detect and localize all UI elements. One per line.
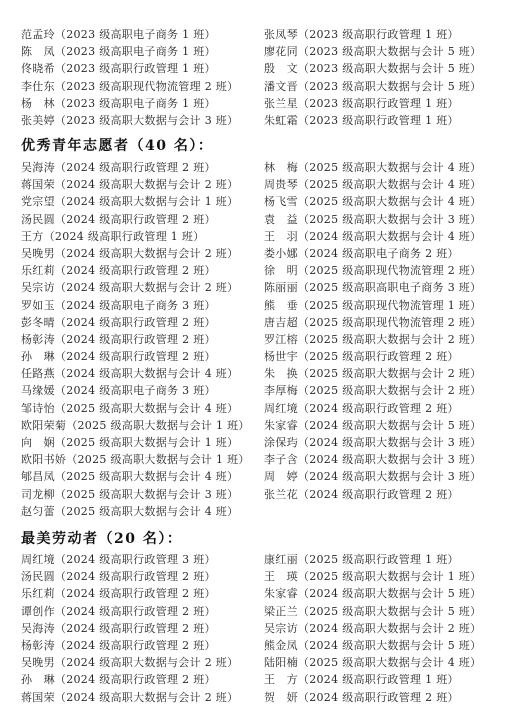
class-info: （2024 级高职行政管理 1 班） bbox=[298, 673, 459, 686]
person-name: 唐吉超 bbox=[264, 314, 298, 331]
list-item: 袁 益（2025 级高职大数据与会计 3 班） bbox=[264, 211, 481, 228]
class-info: （2024 级高职行政管理 2 班） bbox=[55, 333, 216, 346]
list-item: 杨彰涛（2024 级高职行政管理 2 班） bbox=[21, 331, 250, 348]
class-info: （2024 级高职电子商务 3 班） bbox=[55, 384, 216, 397]
person-name: 乐红莉 bbox=[21, 585, 55, 602]
class-info: （2025 级高职大数据与会计 2 班） bbox=[298, 333, 481, 346]
person-name: 周红境 bbox=[21, 551, 55, 568]
class-info: （2025 级高职大数据与会计 3 班） bbox=[298, 213, 481, 226]
person-name: 蒋国荣 bbox=[21, 689, 55, 706]
list-item: 王 羽（2024 级高职大数据与会计 4 班） bbox=[264, 228, 481, 245]
person-name: 吴宗访 bbox=[264, 620, 298, 637]
class-info: （2024 级高职行政管理 2 班） bbox=[55, 213, 216, 226]
person-name: 赵匀蕾 bbox=[21, 503, 55, 520]
person-name: 贺 妍 bbox=[264, 689, 298, 706]
list-item: 党宗望（2024 级高职大数据与会计 1 班） bbox=[21, 193, 250, 210]
list-item: 吴海涛（2024 级高职行政管理 2 班） bbox=[21, 159, 250, 176]
person-name: 杨飞雪 bbox=[264, 193, 298, 210]
list-item: 谭创作（2024 级高职行政管理 2 班） bbox=[21, 603, 238, 620]
person-name: 汤民圆 bbox=[21, 211, 55, 228]
person-name: 张兰星 bbox=[264, 95, 298, 112]
list-item: 罗如玉（2024 级高职电子商务 3 班） bbox=[21, 297, 250, 314]
class-info: （2025 级高职高职电子商务 3 班） bbox=[298, 281, 481, 294]
person-name: 梁正兰 bbox=[264, 603, 298, 620]
list-item: 乐红莉（2024 级高职行政管理 2 班） bbox=[21, 262, 250, 279]
list-item: 罗江榕（2025 级高职大数据与会计 2 班） bbox=[264, 331, 481, 348]
person-name: 范孟玲 bbox=[21, 26, 55, 43]
list-item: 唐吉超（2025 级高职现代物流管理 2 班） bbox=[264, 314, 481, 331]
list-item: 吴海涛（2024 级高职行政管理 2 班） bbox=[21, 620, 238, 637]
person-name: 向 娴 bbox=[21, 434, 55, 451]
person-name: 张凤琴 bbox=[264, 26, 298, 43]
list-item: 陈丽丽（2025 级高职高职电子商务 3 班） bbox=[264, 279, 481, 296]
class-info: （2025 级高职行政管理 2 班） bbox=[298, 350, 459, 363]
class-info: （2024 级高职行政管理 2 班） bbox=[55, 161, 216, 174]
class-info: （2024 级高职大数据与会计 2 班） bbox=[55, 656, 238, 669]
class-info: （2025 级高职现代物流管理 2 班） bbox=[298, 264, 481, 277]
person-name: 周贵琴 bbox=[264, 176, 298, 193]
person-name: 罗如玉 bbox=[21, 297, 55, 314]
right-column: 林 梅（2025 级高职大数据与会计 4 班）周贵琴（2025 级高职大数据与会… bbox=[264, 159, 481, 503]
person-name: 陆阳楠 bbox=[264, 654, 298, 671]
person-name: 党宗望 bbox=[21, 193, 55, 210]
person-name: 孙 琳 bbox=[21, 671, 55, 688]
list-item: 范孟玲（2023 级高职电子商务 1 班） bbox=[21, 26, 238, 43]
person-name: 殷 文 bbox=[264, 60, 298, 77]
class-info: （2025 级高职大数据与会计 4 班） bbox=[298, 178, 481, 191]
person-name: 朱 换 bbox=[264, 365, 298, 382]
person-name: 陈丽丽 bbox=[264, 279, 298, 296]
list-item: 熊 垂（2025 级高职现代物流管理 1 班） bbox=[264, 297, 481, 314]
person-name: 杨世宇 bbox=[264, 348, 298, 365]
class-info: （2024 级高职行政管理 2 班） bbox=[55, 639, 216, 652]
list-item: 周红境（2024 级高职行政管理 3 班） bbox=[21, 551, 238, 568]
class-info: （2024 级高职电子商务 2 班） bbox=[298, 247, 459, 260]
person-name: 周 婷 bbox=[264, 468, 298, 485]
person-name: 罗江榕 bbox=[264, 331, 298, 348]
class-info: （2025 级高职大数据与会计 3 班） bbox=[55, 488, 238, 501]
class-info: （2025 级高职大数据与会计 4 班） bbox=[298, 161, 481, 174]
class-info: （2025 级高职大数据与会计 2 班） bbox=[298, 384, 481, 397]
list-item: 吴晚男（2024 级高职大数据与会计 2 班） bbox=[21, 654, 238, 671]
class-info: （2024 级高职大数据与会计 3 班） bbox=[298, 470, 481, 483]
class-info: （2025 级高职大数据与会计 5 班） bbox=[298, 605, 481, 618]
list-item: 王 瑛（2025 级高职大数据与会计 1 班） bbox=[264, 568, 481, 585]
list-item: 吴晚男（2024 级高职大数据与会计 2 班） bbox=[21, 245, 250, 262]
list-item: 郇昌凤（2025 级高职大数据与会计 4 班） bbox=[21, 468, 250, 485]
class-info: （2025 级高职现代物流管理 2 班） bbox=[298, 316, 481, 329]
person-name: 陈 凤 bbox=[21, 43, 55, 60]
class-info: （2025 级高职大数据与会计 1 班） bbox=[66, 419, 249, 432]
person-name: 朱家睿 bbox=[264, 585, 298, 602]
class-info: （2024 级高职大数据与会计 5 班） bbox=[298, 419, 481, 432]
list-item: 王 方（2024 级高职行政管理 1 班） bbox=[264, 671, 481, 688]
person-name: 涂保玙 bbox=[264, 434, 298, 451]
class-info: （2025 级高职大数据与会计 4 班） bbox=[55, 402, 238, 415]
list-item: 孙 琳（2024 级高职行政管理 2 班） bbox=[21, 671, 238, 688]
person-name: 欧阳书娇 bbox=[21, 451, 66, 468]
class-info: （2024 级高职大数据与会计 5 班） bbox=[298, 639, 481, 652]
person-name: 马缘媛 bbox=[21, 382, 55, 399]
class-info: （2024 级高职大数据与会计 2 班） bbox=[298, 622, 481, 635]
person-name: 佟晓希 bbox=[21, 60, 55, 77]
list-item: 张兰花（2024 级高职行政管理 2 班） bbox=[264, 486, 481, 503]
list-item: 朱家睿（2024 级高职大数据与会计 5 班） bbox=[264, 417, 481, 434]
person-name: 蒋国荣 bbox=[21, 176, 55, 193]
class-info: （2024 级高职大数据与会计 1 班） bbox=[55, 195, 238, 208]
class-info: （2025 级高职大数据与会计 4 班） bbox=[298, 656, 481, 669]
class-info: （2024 级高职大数据与会计 3 班） bbox=[298, 453, 481, 466]
right-column: 康红丽（2025 级高职行政管理 1 班）王 瑛（2025 级高职大数据与会计 … bbox=[264, 551, 481, 706]
person-name: 杨 林 bbox=[21, 95, 55, 112]
left-column: 吴海涛（2024 级高职行政管理 2 班）蒋国荣（2024 级高职大数据与会计 … bbox=[21, 159, 250, 520]
class-info: （2024 级高职大数据与会计 3 班） bbox=[298, 436, 481, 449]
class-info: （2024 级高职大数据与会计 2 班） bbox=[55, 178, 238, 191]
class-info: （2023 级高职现代物流管理 2 班） bbox=[55, 80, 238, 93]
class-info: （2024 级高职行政管理 2 班） bbox=[55, 605, 216, 618]
list-item: 吴宗访（2024 级高职大数据与会计 2 班） bbox=[21, 279, 250, 296]
list-item: 陆阳楠（2025 级高职大数据与会计 4 班） bbox=[264, 654, 481, 671]
list-item: 周贵琴（2025 级高职大数据与会计 4 班） bbox=[264, 176, 481, 193]
class-info: （2024 级高职行政管理 3 班） bbox=[55, 553, 216, 566]
class-info: （2025 级高职大数据与会计 1 班） bbox=[298, 570, 481, 583]
person-name: 任路燕 bbox=[21, 365, 55, 382]
list-item: 赵匀蕾（2025 级高职大数据与会计 4 班） bbox=[21, 503, 250, 520]
person-name: 欧阳荣菊 bbox=[21, 417, 66, 434]
class-info: （2024 级高职行政管理 2 班） bbox=[55, 673, 216, 686]
person-name: 潘文晋 bbox=[264, 78, 298, 95]
person-name: 吴宗访 bbox=[21, 279, 55, 296]
person-name: 王 瑛 bbox=[264, 568, 298, 585]
list-item: 周 婷（2024 级高职大数据与会计 3 班） bbox=[264, 468, 481, 485]
class-info: （2025 级高职现代物流管理 1 班） bbox=[298, 299, 481, 312]
person-name: 汤民圆 bbox=[21, 568, 55, 585]
class-info: （2023 级高职行政管理 1 班） bbox=[298, 97, 459, 110]
person-name: 吴海涛 bbox=[21, 159, 55, 176]
list-item: 朱 换（2025 级高职大数据与会计 2 班） bbox=[264, 365, 481, 382]
list-item: 熊金凤（2024 级高职大数据与会计 5 班） bbox=[264, 637, 481, 654]
list-item: 殷 文（2023 级高职大数据与会计 5 班） bbox=[264, 60, 481, 77]
class-info: （2024 级高职行政管理 2 班） bbox=[55, 316, 216, 329]
list-item: 孙 琳（2024 级高职行政管理 2 班） bbox=[21, 348, 250, 365]
person-name: 张美婷 bbox=[21, 112, 55, 129]
list-item: 杨世宇（2025 级高职行政管理 2 班） bbox=[264, 348, 481, 365]
person-name: 朱虹霜 bbox=[264, 112, 298, 129]
list-item: 贺 妍（2024 级高职行政管理 2 班） bbox=[264, 689, 481, 706]
list-item: 梁正兰（2025 级高职大数据与会计 5 班） bbox=[264, 603, 481, 620]
class-info: （2024 级高职电子商务 3 班） bbox=[55, 299, 216, 312]
class-info: （2023 级高职电子商务 1 班） bbox=[55, 97, 216, 110]
list-item: 杨 林（2023 级高职电子商务 1 班） bbox=[21, 95, 238, 112]
person-name: 康红丽 bbox=[264, 551, 298, 568]
person-name: 李厚梅 bbox=[264, 382, 298, 399]
list-item: 杨彰涛（2024 级高职行政管理 2 班） bbox=[21, 637, 238, 654]
class-info: （2025 级高职大数据与会计 1 班） bbox=[66, 453, 249, 466]
list-item: 康红丽（2025 级高职行政管理 1 班） bbox=[264, 551, 481, 568]
class-info: （2025 级高职大数据与会计 4 班） bbox=[55, 470, 238, 483]
list-item: 司龙柳（2025 级高职大数据与会计 3 班） bbox=[21, 486, 250, 503]
class-info: （2025 级高职大数据与会计 4 班） bbox=[298, 195, 481, 208]
list-item: 徐 明（2025 级高职现代物流管理 2 班） bbox=[264, 262, 481, 279]
section-heading: 优秀青年志愿者（40 名）： bbox=[21, 137, 213, 155]
class-info: （2024 级高职行政管理 2 班） bbox=[298, 402, 459, 415]
class-info: （2023 级高职大数据与会计 5 班） bbox=[298, 45, 481, 58]
list-item: 马缘媛（2024 级高职电子商务 3 班） bbox=[21, 382, 250, 399]
list-item: 张兰星（2023 级高职行政管理 1 班） bbox=[264, 95, 481, 112]
list-item: 乐红莉（2024 级高职行政管理 2 班） bbox=[21, 585, 238, 602]
person-name: 朱家睿 bbox=[264, 417, 298, 434]
person-name: 王方 bbox=[21, 228, 44, 245]
person-name: 吴海涛 bbox=[21, 620, 55, 637]
class-info: （2024 级高职大数据与会计 5 班） bbox=[298, 587, 481, 600]
list-item: 李子含（2024 级高职大数据与会计 3 班） bbox=[264, 451, 481, 468]
person-name: 谭创作 bbox=[21, 603, 55, 620]
class-info: （2023 级高职电子商务 1 班） bbox=[55, 28, 216, 41]
list-item: 王方（2024 级高职行政管理 1 班） bbox=[21, 228, 250, 245]
list-item: 杨飞雪（2025 级高职大数据与会计 4 班） bbox=[264, 193, 481, 210]
person-name: 娄小娜 bbox=[264, 245, 298, 262]
list-item: 向 娴（2025 级高职大数据与会计 1 班） bbox=[21, 434, 250, 451]
list-item: 蒋国荣（2024 级高职大数据与会计 2 班） bbox=[21, 689, 238, 706]
list-item: 潘文晋（2023 级高职大数据与会计 5 班） bbox=[264, 78, 481, 95]
person-name: 廖花同 bbox=[264, 43, 298, 60]
class-info: （2023 级高职大数据与会计 5 班） bbox=[298, 62, 481, 75]
list-item: 任路燕（2024 级高职大数据与会计 4 班） bbox=[21, 365, 250, 382]
class-info: （2024 级高职行政管理 2 班） bbox=[55, 587, 216, 600]
class-info: （2024 级高职行政管理 2 班） bbox=[55, 350, 216, 363]
list-item: 娄小娜（2024 级高职电子商务 2 班） bbox=[264, 245, 481, 262]
list-item: 朱家睿（2024 级高职大数据与会计 5 班） bbox=[264, 585, 481, 602]
person-name: 李子含 bbox=[264, 451, 298, 468]
person-name: 李仕东 bbox=[21, 78, 55, 95]
left-column: 范孟玲（2023 级高职电子商务 1 班）陈 凤（2023 级高职电子商务 1 … bbox=[21, 26, 238, 129]
list-item: 佟晓希（2023 级高职行政管理 1 班） bbox=[21, 60, 238, 77]
list-item: 邹诗怡（2025 级高职大数据与会计 4 班） bbox=[21, 400, 250, 417]
list-item: 张凤琴（2023 级高职行政管理 1 班） bbox=[264, 26, 481, 43]
list-item: 汤民圆（2024 级高职行政管理 2 班） bbox=[21, 568, 238, 585]
person-name: 徐 明 bbox=[264, 262, 298, 279]
list-item: 李仕东（2023 级高职现代物流管理 2 班） bbox=[21, 78, 238, 95]
class-info: （2023 级高职大数据与会计 5 班） bbox=[298, 80, 481, 93]
person-name: 司龙柳 bbox=[21, 486, 55, 503]
person-name: 王 方 bbox=[264, 671, 298, 688]
class-info: （2024 级高职行政管理 2 班） bbox=[298, 691, 459, 704]
list-item: 朱虹霜（2023 级高职行政管理 1 班） bbox=[264, 112, 481, 129]
person-name: 杨彰涛 bbox=[21, 637, 55, 654]
list-item: 欧阳荣菊（2025 级高职大数据与会计 1 班） bbox=[21, 417, 250, 434]
person-name: 王 羽 bbox=[264, 228, 298, 245]
person-name: 周红境 bbox=[264, 400, 298, 417]
person-name: 邹诗怡 bbox=[21, 400, 55, 417]
class-info: （2024 级高职大数据与会计 2 班） bbox=[55, 247, 238, 260]
list-item: 陈 凤（2023 级高职电子商务 1 班） bbox=[21, 43, 238, 60]
class-info: （2024 级高职大数据与会计 4 班） bbox=[55, 367, 238, 380]
person-name: 乐红莉 bbox=[21, 262, 55, 279]
class-info: （2024 级高职行政管理 2 班） bbox=[55, 622, 216, 635]
class-info: （2024 级高职大数据与会计 2 班） bbox=[55, 691, 238, 704]
person-name: 张兰花 bbox=[264, 486, 298, 503]
list-item: 彭冬晴（2024 级高职行政管理 2 班） bbox=[21, 314, 250, 331]
class-info: （2025 级高职大数据与会计 1 班） bbox=[55, 436, 238, 449]
left-column: 周红境（2024 级高职行政管理 3 班）汤民圆（2024 级高职行政管理 2 … bbox=[21, 551, 238, 706]
class-info: （2024 级高职行政管理 2 班） bbox=[298, 488, 459, 501]
class-info: （2023 级高职大数据与会计 3 班） bbox=[55, 114, 238, 127]
person-name: 袁 益 bbox=[264, 211, 298, 228]
class-info: （2024 级高职行政管理 1 班） bbox=[44, 230, 205, 243]
person-name: 杨彰涛 bbox=[21, 331, 55, 348]
person-name: 吴晚男 bbox=[21, 654, 55, 671]
class-info: （2024 级高职大数据与会计 2 班） bbox=[55, 281, 238, 294]
class-info: （2023 级高职行政管理 1 班） bbox=[298, 28, 459, 41]
person-name: 郇昌凤 bbox=[21, 468, 55, 485]
list-item: 吴宗访（2024 级高职大数据与会计 2 班） bbox=[264, 620, 481, 637]
list-item: 涂保玙（2024 级高职大数据与会计 3 班） bbox=[264, 434, 481, 451]
class-info: （2024 级高职行政管理 2 班） bbox=[55, 570, 216, 583]
list-item: 李厚梅（2025 级高职大数据与会计 2 班） bbox=[264, 382, 481, 399]
list-item: 林 梅（2025 级高职大数据与会计 4 班） bbox=[264, 159, 481, 176]
list-item: 张美婷（2023 级高职大数据与会计 3 班） bbox=[21, 112, 238, 129]
list-item: 欧阳书娇（2025 级高职大数据与会计 1 班） bbox=[21, 451, 250, 468]
right-column: 张凤琴（2023 级高职行政管理 1 班）廖花同（2023 级高职大数据与会计 … bbox=[264, 26, 481, 129]
class-info: （2025 级高职行政管理 1 班） bbox=[298, 553, 459, 566]
class-info: （2025 级高职大数据与会计 2 班） bbox=[298, 367, 481, 380]
person-name: 熊 垂 bbox=[264, 297, 298, 314]
class-info: （2025 级高职大数据与会计 4 班） bbox=[55, 505, 238, 518]
class-info: （2023 级高职行政管理 1 班） bbox=[298, 114, 459, 127]
person-name: 林 梅 bbox=[264, 159, 298, 176]
class-info: （2024 级高职大数据与会计 4 班） bbox=[298, 230, 481, 243]
person-name: 吴晚男 bbox=[21, 245, 55, 262]
person-name: 彭冬晴 bbox=[21, 314, 55, 331]
class-info: （2024 级高职行政管理 2 班） bbox=[55, 264, 216, 277]
person-name: 孙 琳 bbox=[21, 348, 55, 365]
class-info: （2023 级高职电子商务 1 班） bbox=[55, 45, 216, 58]
person-name: 熊金凤 bbox=[264, 637, 298, 654]
list-item: 蒋国荣（2024 级高职大数据与会计 2 班） bbox=[21, 176, 250, 193]
list-item: 廖花同（2023 级高职大数据与会计 5 班） bbox=[264, 43, 481, 60]
list-item: 周红境（2024 级高职行政管理 2 班） bbox=[264, 400, 481, 417]
section-heading: 最美劳动者（20 名）： bbox=[21, 530, 182, 548]
list-item: 汤民圆（2024 级高职行政管理 2 班） bbox=[21, 211, 250, 228]
class-info: （2023 级高职行政管理 1 班） bbox=[55, 62, 216, 75]
